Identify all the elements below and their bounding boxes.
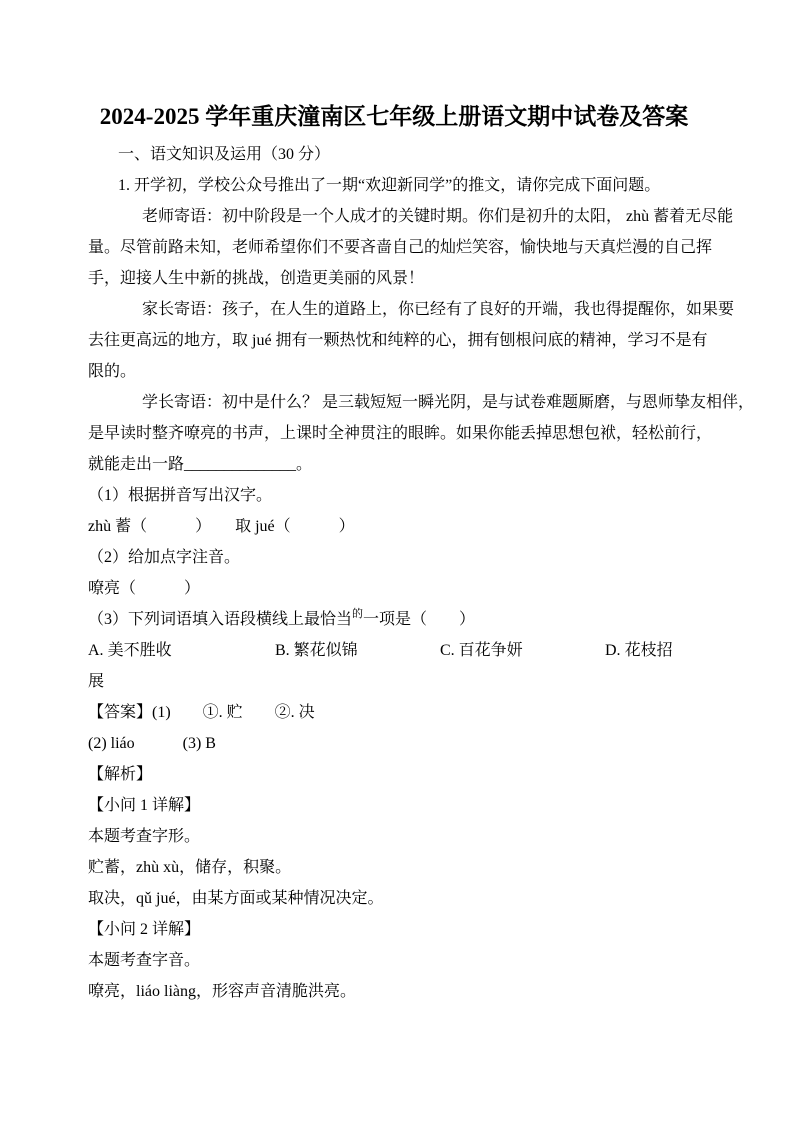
superscript-de: 的 xyxy=(352,608,363,620)
analysis-part-1-heading: 【小问 1 详解】 xyxy=(88,790,794,821)
sub-question-1-pinyin-blanks: zhù 蓄（ ） 取 jué（ ） xyxy=(88,511,794,542)
parent-message-line-1: 家长寄语：孩子，在人生的道路上，你已经有了良好的开端，我也得提醒你，如果要 xyxy=(88,294,794,325)
choice-options: A. 美不胜收B. 繁花似锦C. 百花争妍D. 花枝招展 xyxy=(88,635,688,697)
analysis-part-2-heading: 【小问 2 详解】 xyxy=(88,914,794,945)
sub-question-3-text-cont: 一项是（ ） xyxy=(363,611,475,628)
analysis-part-1-line-2: 贮蓄，zhù xù，储存，积聚。 xyxy=(88,852,794,883)
sub-question-2-pinyin-blanks: 嘹亮（ ） xyxy=(88,573,794,604)
sub-question-3-heading: （3）下列词语填入语段横线上最恰当的一项是（ ） xyxy=(88,604,794,635)
choice-option-text: 百花争妍 xyxy=(459,642,523,659)
section-heading: 一、语文知识及运用（30 分） xyxy=(88,139,794,170)
analysis-part-2-line-2: 嘹亮，liáo liàng，形容声音清脆洪亮。 xyxy=(88,976,794,1007)
answer-line-1: 【答案】(1) ①. 贮 ②. 决 xyxy=(88,697,794,728)
teacher-message-line-3: 手，迎接人生中新的挑战，创造更美丽的风景！ xyxy=(88,263,794,294)
teacher-message-line-1: 老师寄语：初中阶段是一个人成才的关键时期。你们是初升的太阳， zhù 蓄着无尽能 xyxy=(88,201,794,232)
analysis-part-1-line-1: 本题考查字形。 xyxy=(88,821,794,852)
parent-message-line-2: 去往更高远的地方，取 jué 拥有一颗热忱和纯粹的心，拥有刨根问底的精神，学习不… xyxy=(88,325,794,356)
teacher-message-line-2: 量。尽管前路未知，老师希望你们不要吝啬自己的灿烂笑容，愉快地与天真烂漫的自己挥 xyxy=(88,232,794,263)
choice-option: C. 百花争妍 xyxy=(440,635,605,666)
analysis-part-1-line-3: 取决，qǔ jué，由某方面或某种情况决定。 xyxy=(88,883,794,914)
choice-option-label: C. xyxy=(440,642,455,659)
senior-message-line-2: 是早读时整齐嘹亮的书声，上课时全神贯注的眼眸。如果你能丢掉思想包袱，轻松前行， xyxy=(88,418,794,449)
analysis-tag: 【解析】 xyxy=(88,759,794,790)
analysis-part-2-line-1: 本题考查字音。 xyxy=(88,945,794,976)
choice-option: A. 美不胜收 xyxy=(88,635,275,666)
question-1-intro: 1. 开学初，学校公众号推出了一期“欢迎新同学”的推文，请你完成下面问题。 xyxy=(88,170,794,201)
choice-option-label: D. xyxy=(605,642,621,659)
exam-document: 2024-2025 学年重庆潼南区七年级上册语文期中试卷及答案 一、语文知识及运… xyxy=(0,0,794,1123)
parent-message-line-3: 限的。 xyxy=(88,356,794,387)
sub-question-3-text: （3）下列词语填入语段横线上最恰当 xyxy=(88,611,352,628)
choice-option-label: A. xyxy=(88,642,104,659)
senior-message-line-1: 学长寄语：初中是什么？ 是三载短短一瞬光阴，是与试卷难题厮磨，与恩师挚友相伴， xyxy=(88,387,794,418)
sub-question-2-heading: （2）给加点字注音。 xyxy=(88,542,794,573)
page-title: 2024-2025 学年重庆潼南区七年级上册语文期中试卷及答案 xyxy=(88,104,700,130)
choice-option-label: B. xyxy=(275,642,290,659)
exam-page: { "doc": { "title": "2024-2025 学年重庆潼南区七年… xyxy=(0,0,794,1123)
choice-option-text: 繁花似锦 xyxy=(294,642,358,659)
senior-message-blank-line: 就能走出一路______________。 xyxy=(88,449,794,480)
sub-question-1-heading: （1）根据拼音写出汉字。 xyxy=(88,480,794,511)
answer-line-2: (2) liáo (3) B xyxy=(88,728,794,759)
choice-option-text: 美不胜收 xyxy=(108,642,172,659)
choice-option: B. 繁花似锦 xyxy=(275,635,440,666)
